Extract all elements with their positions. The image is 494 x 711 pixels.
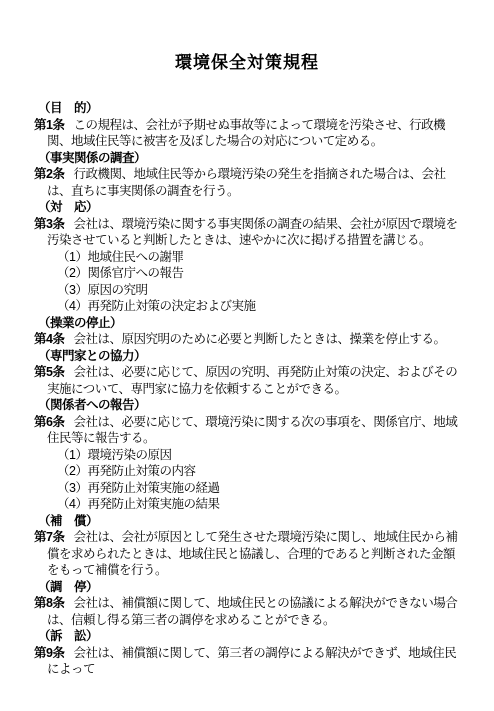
- article-paragraph: 第6条会社は、必要に応じて、環境汚染に関する次の事項を、関係官庁、地域住民等に報…: [0, 414, 462, 447]
- article-item: （4）再発防止対策の決定および実施: [0, 298, 462, 315]
- article-paragraph: 第4条会社は、原因究明のために必要と判断したときは、操業を停止する。: [0, 331, 462, 348]
- section-heading: （事実関係の調査）: [0, 150, 462, 167]
- article-item: （1）地域住民への謝罪: [0, 249, 462, 266]
- article-number: 第1条: [34, 118, 64, 132]
- article-number: 第6条: [34, 415, 64, 429]
- section-heading: （訴 訟）: [0, 628, 462, 645]
- article-item: （1）環境汚染の原因: [0, 447, 462, 464]
- section-heading: （関係者への報告）: [0, 397, 462, 414]
- article-text: 会社は、会社が原因として発生させた環境汚染に関し、地域住民から補償を求められたと…: [47, 530, 457, 577]
- article-text: 会社は、必要に応じて、環境汚染に関する次の事項を、関係官庁、地域住民等に報告する…: [47, 415, 457, 446]
- article-number: 第8条: [34, 596, 64, 610]
- article-paragraph: 第5条会社は、必要に応じて、原因の究明、再発防止対策の決定、およびその実施につい…: [0, 364, 462, 397]
- document-title: 環境保全対策規程: [0, 53, 494, 72]
- article-text: 会社は、原因究明のために必要と判断したときは、操業を停止する。: [73, 332, 445, 346]
- section-heading: （目 的）: [0, 100, 462, 117]
- article-paragraph: 第1条この規程は、会社が予期せぬ事故等によって環境を汚染させ、行政機関、地域住民…: [0, 117, 462, 150]
- article-number: 第2条: [34, 167, 64, 181]
- article-item: （3）原因の究明: [0, 282, 462, 299]
- article-item: （2）再発防止対策の内容: [0, 463, 462, 480]
- document-body: （目 的）第1条この規程は、会社が予期せぬ事故等によって環境を汚染させ、行政機関…: [0, 100, 494, 678]
- article-text: この規程は、会社が予期せぬ事故等によって環境を汚染させ、行政機関、地域住民等に被…: [47, 118, 445, 149]
- document-page: 環境保全対策規程 （目 的）第1条この規程は、会社が予期せぬ事故等によって環境を…: [0, 0, 494, 711]
- article-paragraph: 第7条会社は、会社が原因として発生させた環境汚染に関し、地域住民から補償を求めら…: [0, 529, 462, 579]
- article-number: 第5条: [34, 365, 64, 379]
- section-heading: （補 償）: [0, 513, 462, 530]
- article-text: 会社は、補償額に関して、地域住民との協議による解決ができない場合は、信頼し得る第…: [47, 596, 457, 627]
- article-item: （4）再発防止対策実施の結果: [0, 496, 462, 513]
- article-number: 第3条: [34, 217, 64, 231]
- section-heading: （操業の停止）: [0, 315, 462, 332]
- section-heading: （調 停）: [0, 579, 462, 596]
- article-paragraph: 第9条会社は、補償額に関して、第三者の調停による解決ができず、地域住民によって: [0, 645, 462, 678]
- article-paragraph: 第8条会社は、補償額に関して、地域住民との協議による解決ができない場合は、信頼し…: [0, 595, 462, 628]
- article-number: 第9条: [34, 646, 64, 660]
- article-item: （3）再発防止対策実施の経過: [0, 480, 462, 497]
- article-text: 行政機関、地域住民等から環境汚染の発生を指摘された場合は、会社は、直ちに事実関係…: [47, 167, 445, 198]
- section-heading: （対 応）: [0, 199, 462, 216]
- article-item: （2）関係官庁への報告: [0, 265, 462, 282]
- article-number: 第7条: [34, 530, 64, 544]
- article-text: 会社は、必要に応じて、原因の究明、再発防止対策の決定、およびその実施について、専…: [47, 365, 457, 396]
- article-paragraph: 第3条会社は、環境汚染に関する事実関係の調査の結果、会社が原因で環境を汚染させて…: [0, 216, 462, 249]
- article-text: 会社は、補償額に関して、第三者の調停による解決ができず、地域住民によって: [47, 646, 456, 677]
- article-paragraph: 第2条行政機関、地域住民等から環境汚染の発生を指摘された場合は、会社は、直ちに事…: [0, 166, 462, 199]
- article-number: 第4条: [34, 332, 64, 346]
- section-heading: （専門家との協力）: [0, 348, 462, 365]
- article-text: 会社は、環境汚染に関する事実関係の調査の結果、会社が原因で環境を汚染させていると…: [47, 217, 457, 248]
